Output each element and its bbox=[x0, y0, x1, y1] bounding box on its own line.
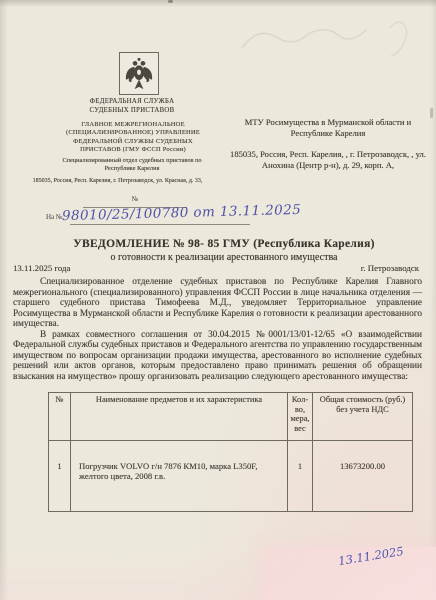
col-header-quantity: Кол-во, мера, вес bbox=[288, 393, 313, 441]
seized-property-table: № Наименование предметов и их характерис… bbox=[48, 392, 412, 512]
faint-pencil-marks-icon bbox=[238, 12, 428, 64]
cell-row-number: 1 bbox=[49, 441, 71, 512]
recipient-name: МТУ Росимущества в Мурманской области и … bbox=[230, 117, 426, 139]
sender-service-name: ФЕДЕРАЛЬНАЯ СЛУЖБА СУДЕБНЫХ ПРИСТАВОВ bbox=[72, 98, 192, 115]
cell-price: 13673200.00 bbox=[313, 441, 413, 512]
document-subtitle: о готовности к реализации арестованного … bbox=[12, 252, 436, 263]
document-title: УВЕДОМЛЕНИЕ № 98- 85 ГМУ (Республика Кар… bbox=[12, 238, 436, 250]
sender-department-name: Специализированный отдел судебных приста… bbox=[62, 157, 202, 173]
scan-edge-mark bbox=[430, 108, 433, 118]
document-body: Специализированное отделение судебных пр… bbox=[13, 277, 422, 382]
document-place: г. Петрозаводск bbox=[361, 263, 419, 273]
scanned-document-page: ФЕДЕРАЛЬНАЯ СЛУЖБА СУДЕБНЫХ ПРИСТАВОВ ГЛ… bbox=[0, 0, 436, 600]
table-row: 1 Погрузчик VOLVO г/н 7876 КМ10, марка L… bbox=[49, 441, 413, 512]
cell-quantity: 1 bbox=[288, 441, 313, 512]
sender-division-name: ГЛАВНОЕ МЕЖРЕГИОНАЛЬНОЕ (СПЕЦИАЛИЗИРОВАН… bbox=[57, 121, 209, 155]
col-header-price: Общая стоимость (руб.) без учета НДС bbox=[313, 393, 413, 441]
recipient-address: 185035, Россия, Респ. Карелия, , г. Петр… bbox=[230, 149, 426, 171]
coat-of-arms-icon bbox=[119, 52, 159, 95]
col-header-number: № bbox=[49, 393, 71, 441]
col-header-name: Наименование предметов и их характеристи… bbox=[71, 393, 288, 441]
incoming-number-label: На № bbox=[46, 213, 63, 221]
body-paragraph-1: Специализированное отделение судебных пр… bbox=[13, 277, 422, 330]
cell-item-name: Погрузчик VOLVO г/н 7876 КМ10, марка L35… bbox=[71, 441, 288, 512]
document-date: 13.11.2025 года bbox=[13, 263, 70, 273]
sender-address: 185035, Россия, Респ. Карелия, г. Петроз… bbox=[5, 178, 230, 186]
scan-speck bbox=[168, 0, 173, 3]
body-paragraph-2: В рамках совместного соглашения от 30.04… bbox=[13, 330, 422, 383]
